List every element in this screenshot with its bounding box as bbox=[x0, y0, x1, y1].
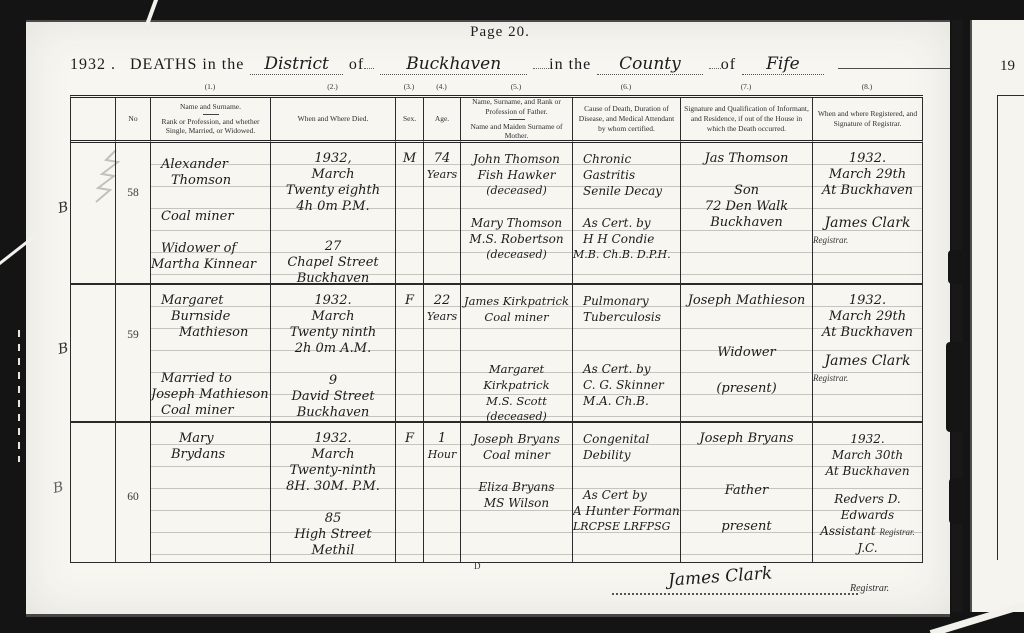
column-number: (3.) bbox=[395, 82, 423, 91]
cell-registered: 1932. March 29th At Buckhaven James Clar… bbox=[813, 285, 923, 423]
column-header-parents: Name, Surname, and Rank or Profession of… bbox=[461, 98, 573, 143]
cell-entry-no: 58 bbox=[116, 143, 151, 285]
cell-name: Alexander Thomson Coal miner Widower of … bbox=[151, 143, 271, 285]
cell-name: Mary Brydans bbox=[151, 423, 271, 563]
cell-parents: James Kirkpatrick Coal miner Margaret Ki… bbox=[461, 285, 573, 423]
column-number: (8.) bbox=[812, 82, 922, 91]
column-header-age: Age. bbox=[424, 98, 461, 143]
column-number: (4.) bbox=[423, 82, 460, 91]
cell-margin bbox=[71, 423, 116, 563]
title-prefix: DEATHS in the bbox=[130, 56, 244, 74]
title-county-name: Fife bbox=[742, 54, 824, 75]
cell-died: 1932. March Twenty ninth 2h 0m A.M. 9 Da… bbox=[271, 285, 396, 423]
title-in-the: in the bbox=[549, 56, 591, 74]
cell-parents: John Thomson Fish Hawker (deceased) Mary… bbox=[461, 143, 573, 285]
cell-parents: Joseph Bryans Coal miner Eliza Bryans MS… bbox=[461, 423, 573, 563]
title-district-word: District bbox=[250, 54, 343, 75]
register-table: No Name and Surname. Rank or Profession,… bbox=[70, 95, 923, 563]
column-number: (1.) bbox=[150, 82, 270, 91]
cell-informant: Joseph Bryans Father present bbox=[681, 423, 813, 563]
cell-entry-no: 60 bbox=[116, 423, 151, 563]
column-number: (7.) bbox=[680, 82, 812, 91]
column-header-sex: Sex. bbox=[396, 98, 424, 143]
gutter-smudge bbox=[949, 478, 966, 524]
next-page-table-border bbox=[997, 95, 1024, 96]
cell-died: 1932, March Twenty eighth 4h 0m P.M. 27 … bbox=[271, 143, 396, 285]
title-year: 1932 . bbox=[70, 56, 116, 74]
gutter-smudge bbox=[946, 342, 968, 432]
title-of2: of bbox=[721, 56, 736, 74]
cell-died: 1932. March Twenty-ninth 8H. 30M. P.M. 8… bbox=[271, 423, 396, 563]
cell-sex: F bbox=[396, 423, 424, 563]
next-page-table-border bbox=[997, 95, 998, 560]
cell-sex: F bbox=[396, 285, 424, 423]
title-county-word: County bbox=[597, 54, 703, 75]
gutter-smudge bbox=[948, 250, 966, 284]
cell-registered: 1932. March 30th At Buckhaven Redvers D.… bbox=[813, 423, 923, 563]
cell-age: 74 Years bbox=[424, 143, 461, 285]
cell-informant: Jas Thomson Son 72 Den Walk Buckhaven bbox=[681, 143, 813, 285]
cell-margin bbox=[71, 285, 116, 423]
column-header-cause: Cause of Death, Duration of Disease, and… bbox=[573, 98, 681, 143]
cell-cause: Pulmonary Tuberculosis As Cert. by C. G.… bbox=[573, 285, 681, 423]
cell-cause: Congenital Debility As Cert by A Hunter … bbox=[573, 423, 681, 563]
cell-informant: Joseph Mathieson Widower (present) bbox=[681, 285, 813, 423]
cell-sex: M bbox=[396, 143, 424, 285]
cell-entry-no: 59 bbox=[116, 285, 151, 423]
cell-name: Margaret Burnside Mathieson Married to J… bbox=[151, 285, 271, 423]
cell-margin bbox=[71, 143, 116, 285]
cell-registered: 1932. March 29th At Buckhaven James Clar… bbox=[813, 143, 923, 285]
column-header-margin bbox=[71, 98, 116, 143]
next-page-year: 19 bbox=[1000, 58, 1015, 75]
column-header-name: Name and Surname. Rank or Profession, an… bbox=[151, 98, 271, 143]
column-number: (6.) bbox=[572, 82, 680, 91]
page-number: Page 20. bbox=[420, 24, 580, 41]
film-scratch bbox=[18, 330, 20, 462]
cell-age: 22 Years bbox=[424, 285, 461, 423]
cell-age: 1 Hour bbox=[424, 423, 461, 563]
title-district-name: Buckhaven bbox=[380, 54, 527, 75]
column-number: (5.) bbox=[460, 82, 572, 91]
register-title: 1932 . DEATHS in the District of Buckhav… bbox=[70, 53, 950, 75]
column-number-row: (1.) (2.) (3.) (4.) (5.) (6.) (7.) (8.) bbox=[70, 82, 922, 91]
column-header-no: No bbox=[116, 98, 151, 143]
plate-letter: D bbox=[474, 561, 481, 571]
title-of: of bbox=[349, 56, 364, 74]
column-header-registered: When and where Registered, and Signature… bbox=[813, 98, 923, 143]
scanned-register-page: B B B Page 20. 1932 . DEATHS in the Dist… bbox=[0, 0, 1024, 633]
cell-cause: Chronic Gastritis Senile Decay As Cert. … bbox=[573, 143, 681, 285]
column-header-informant: Signature and Qualification of Informant… bbox=[681, 98, 813, 143]
registrar-label: Registrar. bbox=[850, 583, 889, 594]
column-number: (2.) bbox=[270, 82, 395, 91]
column-header-died: When and Where Died. bbox=[271, 98, 396, 143]
